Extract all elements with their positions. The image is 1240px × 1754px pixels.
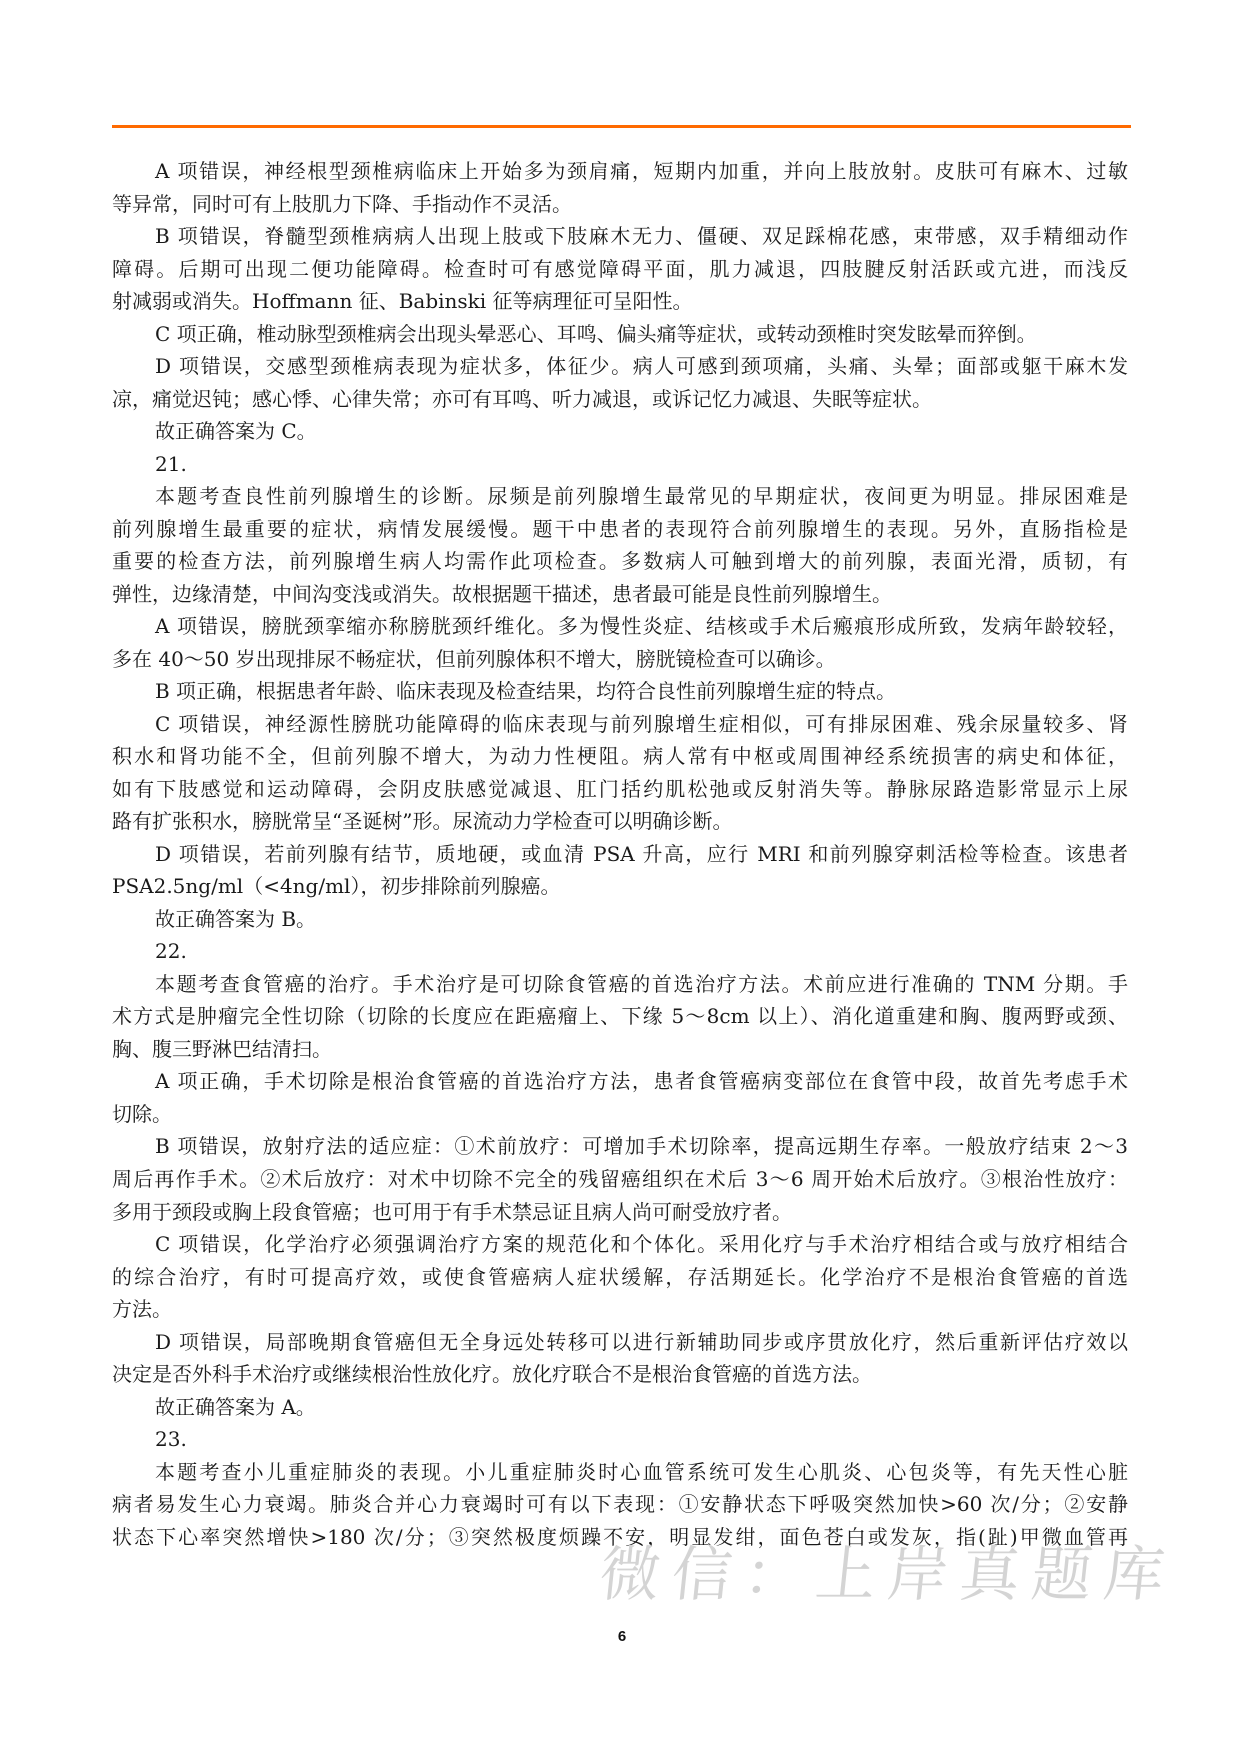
text-line: A 项错误，膀胱颈挛缩亦称膀胱颈纤维化。多为慢性炎症、结核或手术后瘢痕形成所致，… bbox=[112, 610, 1128, 643]
text-line: 多用于颈段或胸上段食管癌；也可用于有手术禁忌证且病人尚可耐受放疗者。 bbox=[112, 1196, 1128, 1229]
document-page: A 项错误，神经根型颈椎病临床上开始多为颈肩痛，短期内加重，并向上肢放射。皮肤可… bbox=[0, 0, 1240, 1754]
text-line: C 项正确，椎动脉型颈椎病会出现头晕恶心、耳鸣、偏头痛等症状，或转动颈椎时突发眩… bbox=[112, 318, 1128, 351]
text-line: 本题考查良性前列腺增生的诊断。尿频是前列腺增生最常见的早期症状，夜间更为明显。排… bbox=[112, 480, 1128, 513]
text-line: C 项错误，神经源性膀胱功能障碍的临床表现与前列腺增生症相似，可有排尿困难、残余… bbox=[112, 708, 1128, 741]
text-line: D 项错误，若前列腺有结节，质地硬，或血清 PSA 升高，应行 MRI 和前列腺… bbox=[112, 838, 1128, 871]
text-line: B 项错误，放射疗法的适应症：①术前放疗：可增加手术切除率，提高远期生存率。一般… bbox=[112, 1130, 1128, 1163]
text-line: A 项错误，神经根型颈椎病临床上开始多为颈肩痛，短期内加重，并向上肢放射。皮肤可… bbox=[112, 155, 1128, 188]
text-line: 等异常，同时可有上肢肌力下降、手指动作不灵活。 bbox=[112, 188, 1128, 221]
text-line: 射减弱或消失。Hoffmann 征、Babinski 征等病理征可呈阳性。 bbox=[112, 285, 1128, 318]
text-line: D 项错误，局部晚期食管癌但无全身远处转移可以进行新辅助同步或序贯放化疗，然后重… bbox=[112, 1326, 1128, 1359]
text-line: 重要的检查方法，前列腺增生病人均需作此项检查。多数病人可触到增大的前列腺，表面光… bbox=[112, 545, 1128, 578]
text-line: 周后再作手术。②术后放疗：对术中切除不完全的残留癌组织在术后 3～6 周开始术后… bbox=[112, 1163, 1128, 1196]
text-line: 多在 40～50 岁出现排尿不畅症状，但前列腺体积不增大，膀胱镜检查可以确诊。 bbox=[112, 643, 1128, 676]
text-line: 弹性，边缘清楚，中间沟变浅或消失。故根据题干描述，患者最可能是良性前列腺增生。 bbox=[112, 578, 1128, 611]
text-line: A 项正确，手术切除是根治食管癌的首选治疗方法，患者食管癌病变部位在食管中段，故… bbox=[112, 1065, 1128, 1098]
text-line: PSA2.5ng/ml（<4ng/ml），初步排除前列腺癌。 bbox=[112, 870, 1128, 903]
text-line: 积水和肾功能不全，但前列腺不增大，为动力性梗阻。病人常有中枢或周围神经系统损害的… bbox=[112, 740, 1128, 773]
text-line: 切除。 bbox=[112, 1098, 1128, 1131]
text-line: 故正确答案为 A。 bbox=[112, 1391, 1128, 1424]
text-line: 病者易发生心力衰竭。肺炎合并心力衰竭时可有以下表现：①安静状态下呼吸突然加快>6… bbox=[112, 1488, 1128, 1521]
text-line: B 项正确，根据患者年龄、临床表现及检查结果，均符合良性前列腺增生症的特点。 bbox=[112, 675, 1128, 708]
text-line: 22. bbox=[112, 935, 1128, 968]
text-line: 前列腺增生最重要的症状，病情发展缓慢。题干中患者的表现符合前列腺增生的表现。另外… bbox=[112, 513, 1128, 546]
text-line: 障碍。后期可出现二便功能障碍。检查时可有感觉障碍平面，肌力减退，四肢腱反射活跃或… bbox=[112, 253, 1128, 286]
text-line: D 项错误，交感型颈椎病表现为症状多，体征少。病人可感到颈项痛，头痛、头晕；面部… bbox=[112, 350, 1128, 383]
text-line: 决定是否外科手术治疗或继续根治性放化疗。放化疗联合不是根治食管癌的首选方法。 bbox=[112, 1358, 1128, 1391]
text-line: 凉，痛觉迟钝；感心悸、心律失常；亦可有耳鸣、听力减退，或诉记忆力减退、失眠等症状… bbox=[112, 383, 1128, 416]
watermark: 微信：上岸真题库 bbox=[596, 1535, 1144, 1615]
text-line: C 项错误，化学治疗必须强调治疗方案的规范化和个体化。采用化疗与手术治疗相结合或… bbox=[112, 1228, 1128, 1261]
body-text: A 项错误，神经根型颈椎病临床上开始多为颈肩痛，短期内加重，并向上肢放射。皮肤可… bbox=[112, 155, 1128, 1553]
text-line: 本题考查食管癌的治疗。手术治疗是可切除食管癌的首选治疗方法。术前应进行准确的 T… bbox=[112, 968, 1128, 1001]
text-line: 胸、腹三野淋巴结清扫。 bbox=[112, 1033, 1128, 1066]
text-line: 方法。 bbox=[112, 1293, 1128, 1326]
text-line: 故正确答案为 C。 bbox=[112, 415, 1128, 448]
text-line: 23. bbox=[112, 1423, 1128, 1456]
text-line: 的综合治疗，有时可提高疗效，或使食管癌病人症状缓解，存活期延长。化学治疗不是根治… bbox=[112, 1261, 1128, 1294]
text-line: B 项错误，脊髓型颈椎病病人出现上肢或下肢麻木无力、僵硬、双足踩棉花感，束带感，… bbox=[112, 220, 1128, 253]
text-line: 21. bbox=[112, 448, 1128, 481]
header-rule bbox=[112, 125, 1131, 128]
page-number: 6 bbox=[612, 1628, 632, 1645]
text-line: 术方式是肿瘤完全性切除（切除的长度应在距癌瘤上、下缘 5～8cm 以上）、消化道… bbox=[112, 1000, 1128, 1033]
text-line: 故正确答案为 B。 bbox=[112, 903, 1128, 936]
text-line: 本题考查小儿重症肺炎的表现。小儿重症肺炎时心血管系统可发生心肌炎、心包炎等，有先… bbox=[112, 1456, 1128, 1489]
text-line: 路有扩张积水，膀胱常呈“圣诞树”形。尿流动力学检查可以明确诊断。 bbox=[112, 805, 1128, 838]
text-line: 如有下肢感觉和运动障碍，会阴皮肤感觉减退、肛门括约肌松弛或反射消失等。静脉尿路造… bbox=[112, 773, 1128, 806]
